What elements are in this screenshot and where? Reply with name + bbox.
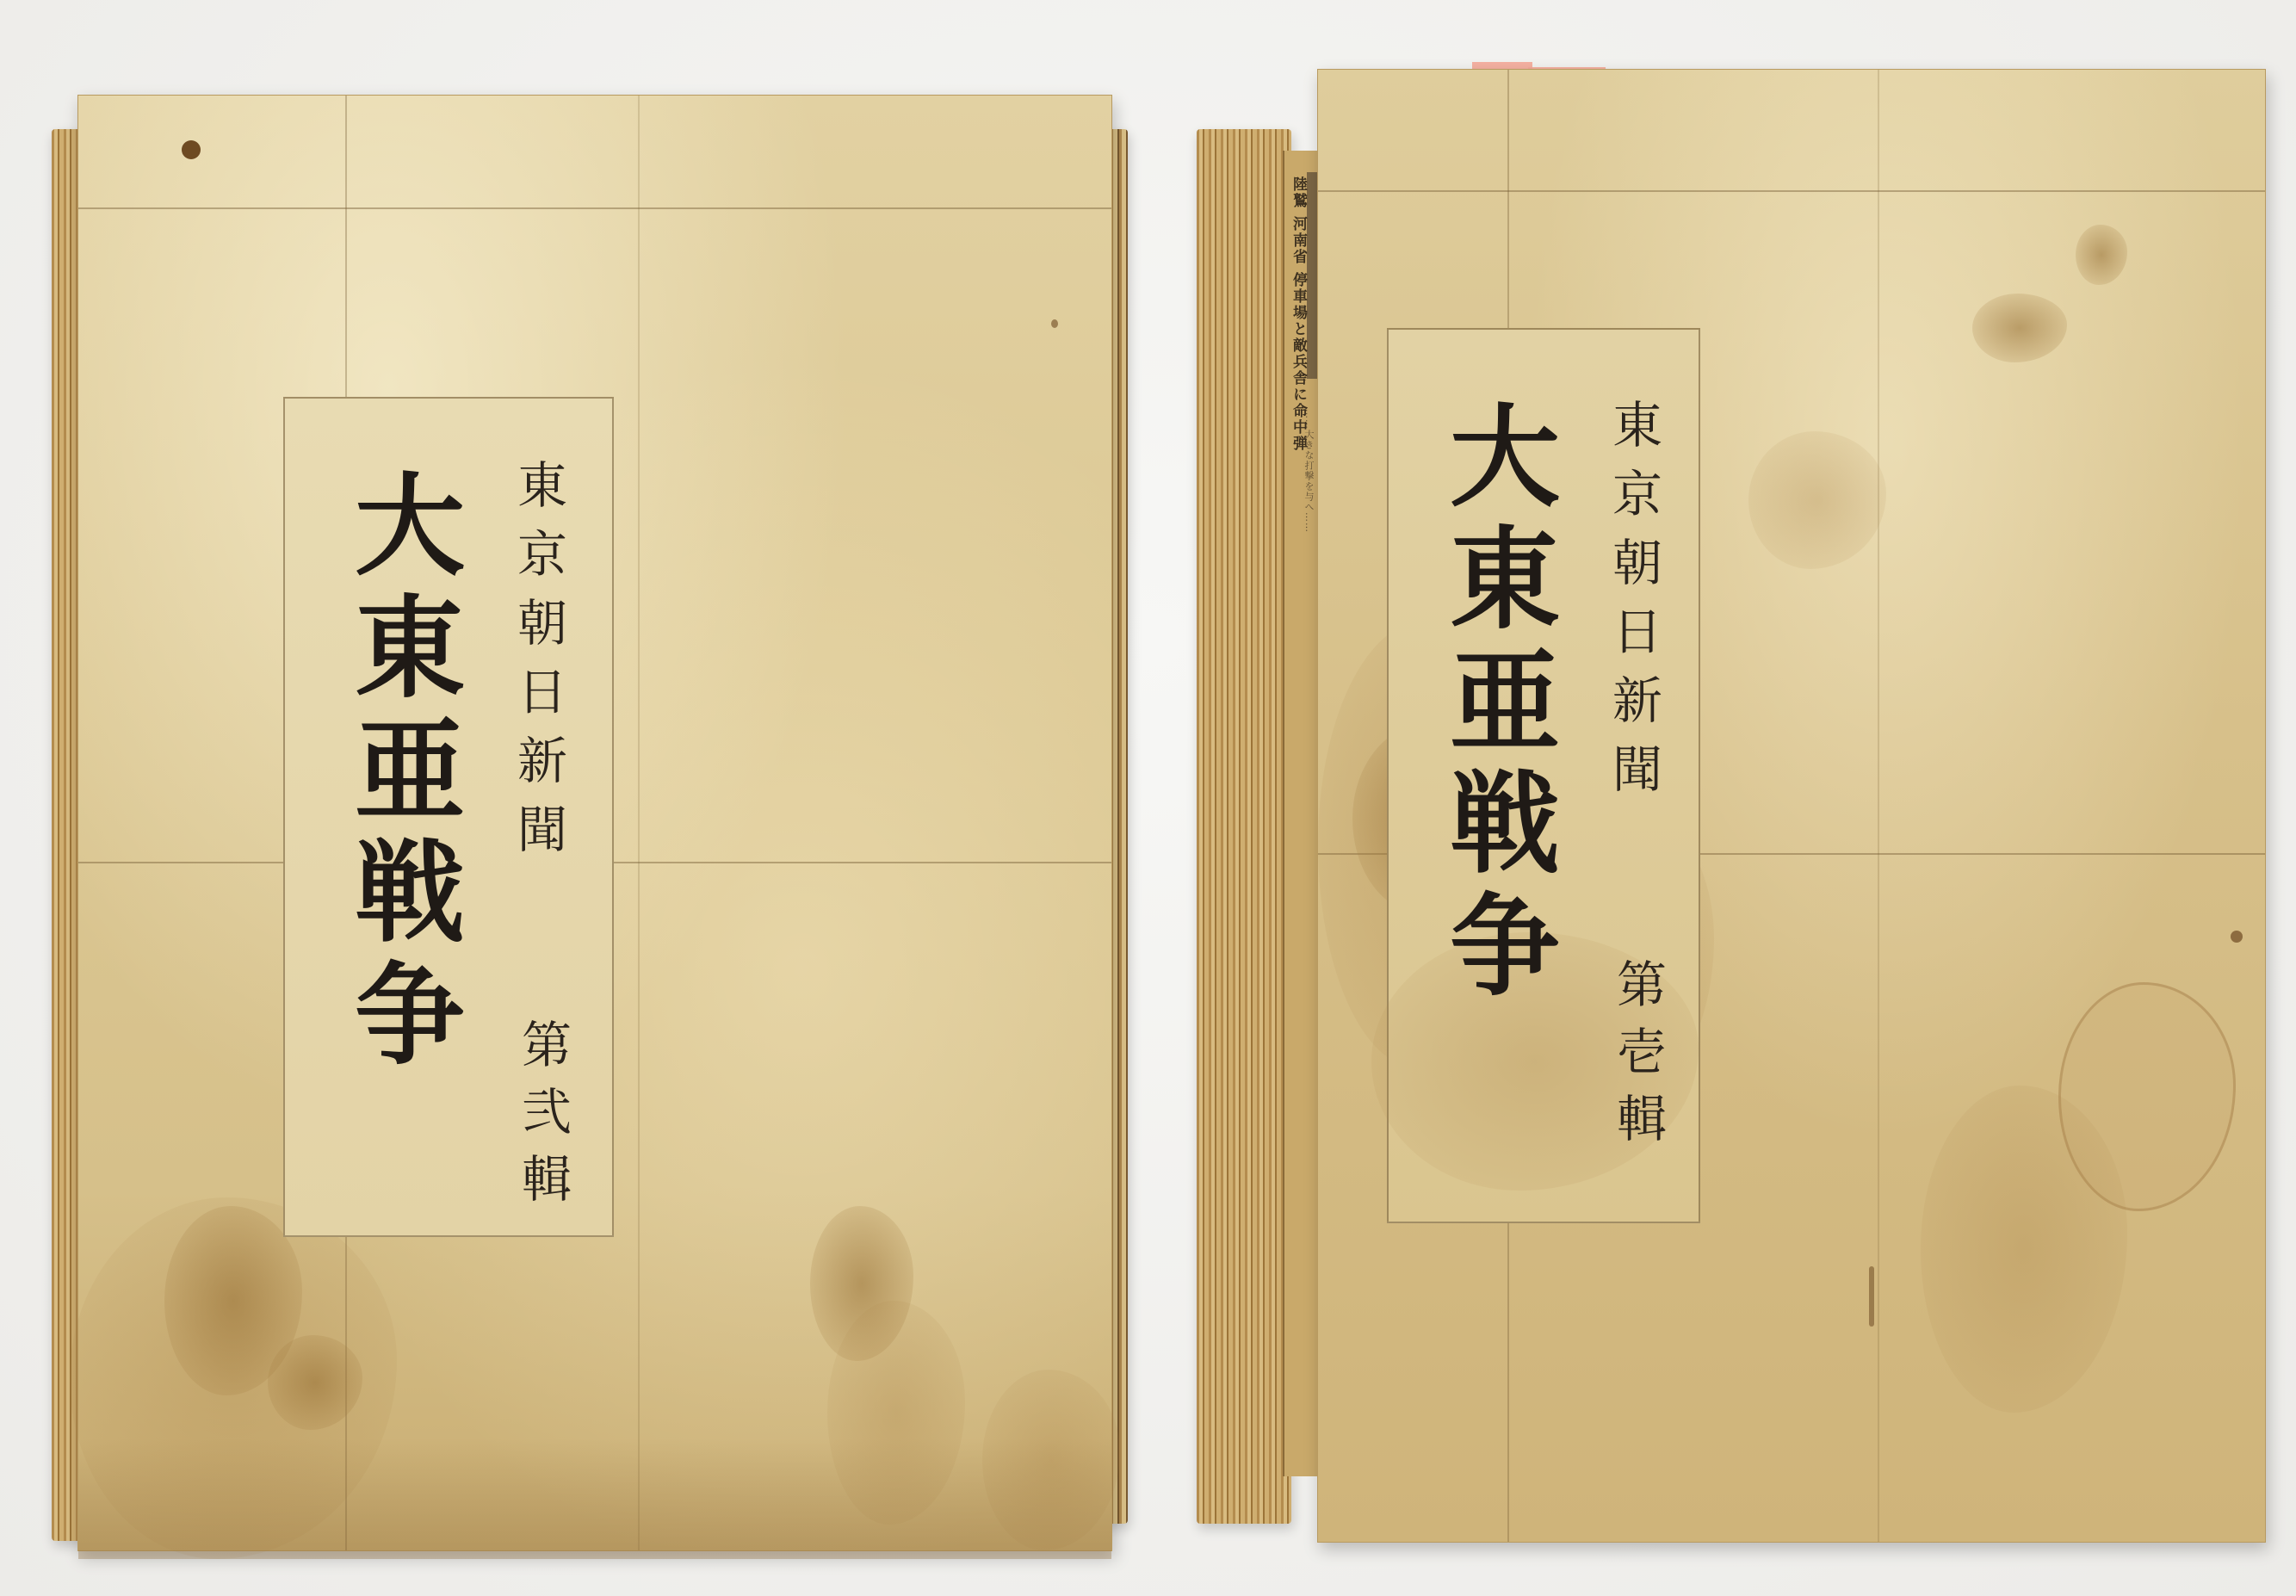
fold-crease: [1878, 70, 1879, 1542]
stain-spot: [182, 140, 201, 159]
right-publisher: 東京朝日新聞: [1608, 399, 1658, 812]
left-volume-number: 第弐輯: [517, 1018, 567, 1220]
stain-spot: [1869, 1266, 1874, 1327]
water-stain: [78, 1438, 1111, 1559]
left-publisher: 東京朝日新聞: [513, 459, 563, 872]
right-cover: 大東亜戦争 東京朝日新聞 第壱輯: [1317, 69, 2266, 1543]
clipping-body: ……大きな打撃を与へ……: [1302, 409, 1315, 533]
fold-crease: [638, 96, 640, 1550]
fold-crease: [1318, 190, 2265, 192]
right-volume-number: 第壱輯: [1612, 958, 1662, 1160]
water-stain: [1921, 1086, 2127, 1413]
water-stain: [1748, 431, 1886, 569]
left-volume: 大東亜戦争 東京朝日新聞 第弐輯: [52, 95, 1136, 1550]
stain-spot: [2231, 931, 2243, 943]
fold-crease: [78, 207, 1111, 209]
water-stain: [1972, 294, 2067, 362]
water-stain: [2076, 225, 2127, 285]
right-title-label: 大東亜戦争 東京朝日新聞 第壱輯: [1387, 328, 1700, 1223]
right-page-edges: [1197, 129, 1291, 1524]
left-cover: 大東亜戦争 東京朝日新聞 第弐輯: [77, 95, 1112, 1551]
right-volume: 陸鷲 河南省 停車場と敵兵舎に命中弾 ……大きな打撃を与へ…… 大東亜戦争 東京…: [1188, 69, 2264, 1541]
left-title: 大東亜戦争: [345, 467, 455, 1079]
left-title-label: 大東亜戦争 東京朝日新聞 第弐輯: [283, 397, 614, 1237]
right-title: 大東亜戦争: [1440, 399, 1550, 1010]
stain-spot: [1051, 319, 1058, 328]
